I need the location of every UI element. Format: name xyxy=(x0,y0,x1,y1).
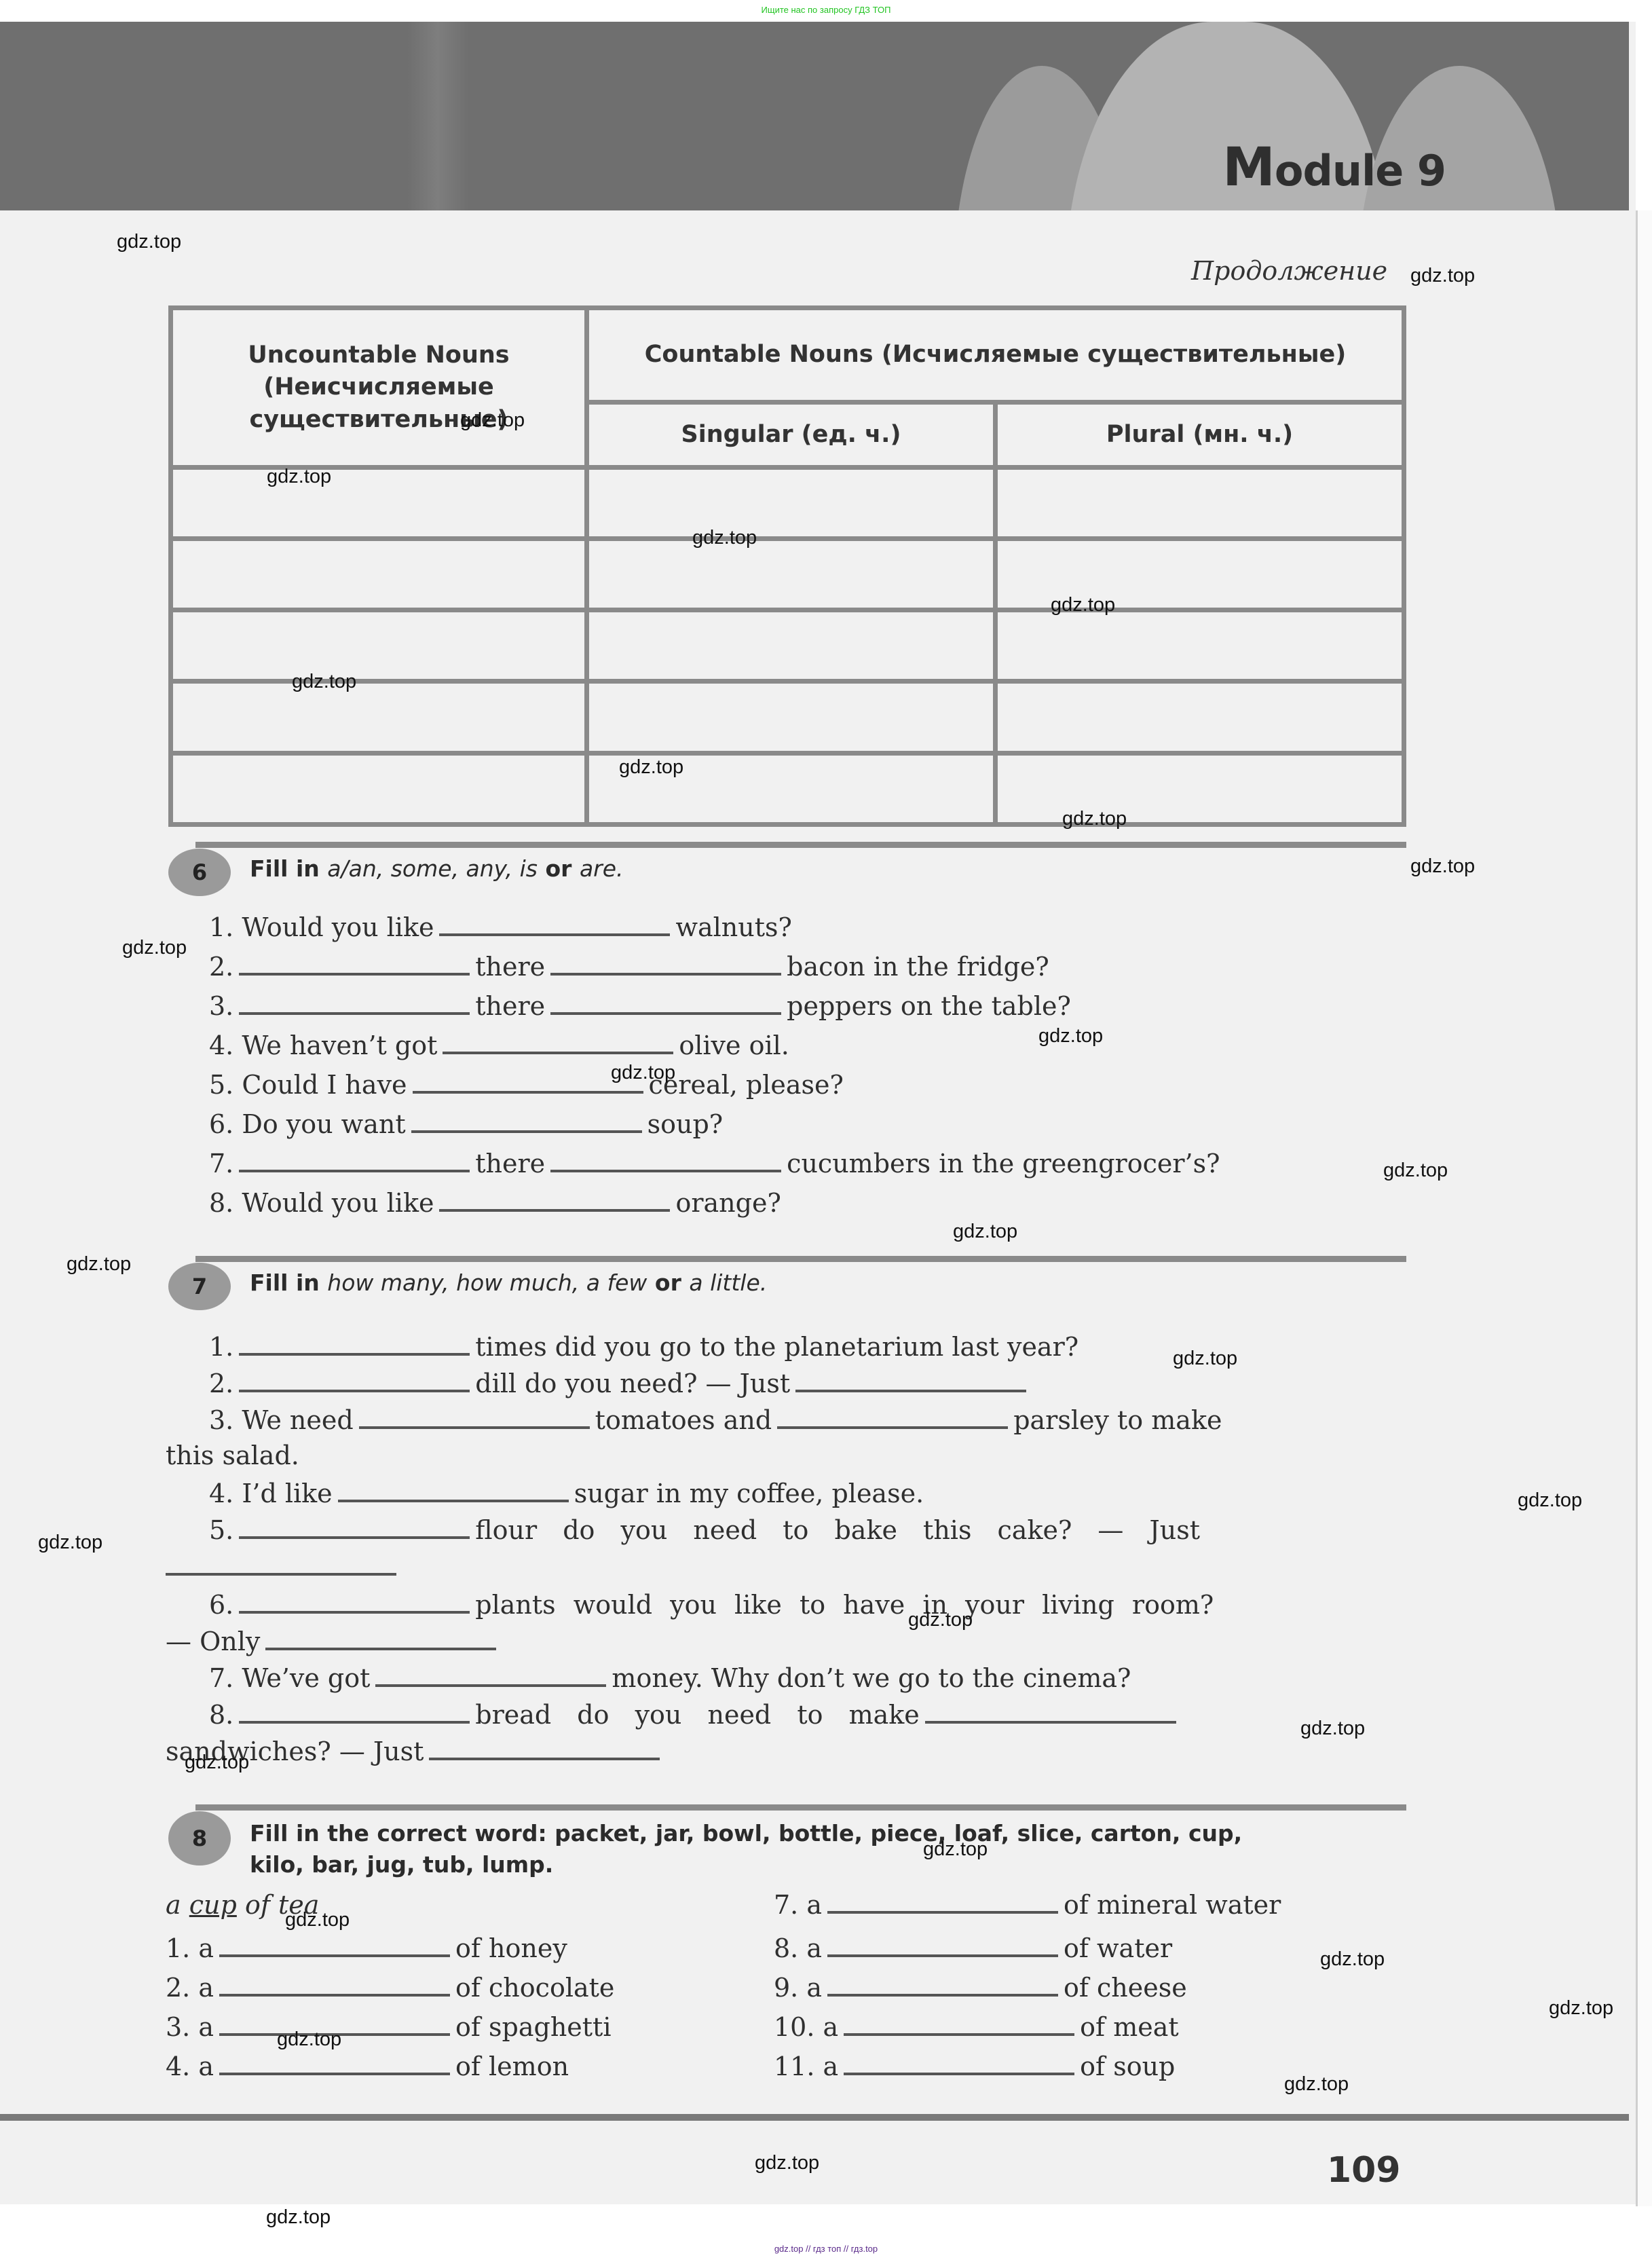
table-cell[interactable] xyxy=(587,682,996,753)
item-number: 4. xyxy=(209,1479,233,1508)
exercise-6-header: 6 Fill in a/an, some, any, is or are. xyxy=(168,842,1406,903)
exercise-8-right-item-10: 10. aof meat xyxy=(774,2012,1179,2042)
table-cell[interactable] xyxy=(171,753,587,824)
item-number: 3. xyxy=(209,1405,233,1435)
watermark: gdz.top xyxy=(1284,2073,1349,2096)
table-cell[interactable] xyxy=(171,467,587,538)
item-text: of chocolate xyxy=(455,1973,614,2003)
table-row xyxy=(171,753,1404,824)
item-text: cucumbers in the greengrocer’s? xyxy=(787,1149,1220,1179)
item-number: 1. xyxy=(209,912,233,942)
answer-blank[interactable] xyxy=(795,1389,1026,1392)
uncountable-header: Uncountable Nouns (Неисчисляемые существ… xyxy=(171,308,587,468)
answer-blank[interactable] xyxy=(429,1757,660,1760)
item-text: Would you like xyxy=(242,1188,434,1218)
page-number: 109 xyxy=(1327,2150,1401,2191)
item-text: soup? xyxy=(647,1109,724,1139)
instruction-line-2: kilo, bar, jug, tub, lump. xyxy=(250,1849,1242,1880)
answer-blank[interactable] xyxy=(239,1012,470,1015)
answer-blank[interactable] xyxy=(239,1536,470,1539)
exercise-6-item-1: 1. Would you likewalnuts? xyxy=(209,912,792,942)
item-number: 7. xyxy=(209,1663,233,1693)
answer-blank[interactable] xyxy=(550,1012,781,1015)
answer-blank[interactable] xyxy=(375,1684,606,1687)
watermark: gdz.top xyxy=(611,1062,675,1084)
exercise-8-right-item-9: 9. aof cheese xyxy=(774,1973,1187,2003)
page-fold-shadow xyxy=(407,22,468,210)
watermark: gdz.top xyxy=(1051,594,1115,616)
item-text: money. Why don’t we go to the cinema? xyxy=(612,1663,1131,1693)
answer-blank[interactable] xyxy=(166,1572,396,1576)
answer-blank[interactable] xyxy=(219,1954,450,1957)
item-number: 6. xyxy=(209,1109,233,1139)
answer-blank[interactable] xyxy=(239,1169,470,1172)
watermark: gdz.top xyxy=(1320,1948,1385,1971)
exercise-7-item-1: 1.times did you go to the planetarium la… xyxy=(209,1332,1078,1362)
exercise-instruction: Fill in the correct word: packet, jar, b… xyxy=(250,1818,1242,1880)
answer-blank[interactable] xyxy=(439,1208,670,1212)
item-text: of honey xyxy=(455,1933,567,1963)
item-text: dill do you need? — Just xyxy=(475,1369,790,1398)
instruction-options: how many, how much, a few xyxy=(327,1269,647,1296)
answer-blank[interactable] xyxy=(827,1993,1058,1997)
exercise-7-item-6: 6.plants would you like to have in your … xyxy=(209,1590,1214,1620)
item-text: Would you like xyxy=(242,912,434,942)
exercise-7-item-5-cont xyxy=(160,1552,402,1582)
item-text: olive oil. xyxy=(679,1031,789,1060)
table-row xyxy=(171,467,1404,538)
exercise-7-item-4: 4. I’d likesugar in my coffee, please. xyxy=(209,1479,924,1508)
item-number: 4. a xyxy=(166,2052,214,2081)
item-text: of water xyxy=(1064,1933,1172,1963)
exercise-8-left-item-4: 4. aof lemon xyxy=(166,2052,569,2081)
item-text: of spaghetti xyxy=(455,2012,611,2042)
item-text: We haven’t got xyxy=(242,1031,437,1060)
exercise-6-item-3: 3.therepeppers on the table? xyxy=(209,991,1071,1021)
item-number: 7. a xyxy=(774,1890,822,1920)
item-text: sugar in my coffee, please. xyxy=(574,1479,924,1508)
watermark: gdz.top xyxy=(266,2206,331,2229)
answer-blank[interactable] xyxy=(777,1426,1008,1429)
exercise-8-right-item-7: 7. aof mineral water xyxy=(774,1890,1281,1920)
item-text: tomatoes and xyxy=(595,1405,772,1435)
table-cell[interactable] xyxy=(171,682,587,753)
answer-blank[interactable] xyxy=(239,972,470,976)
item-number: 2. xyxy=(209,952,233,982)
exercise-number-badge: 8 xyxy=(168,1811,231,1866)
exercise-7-item-6-cont: — Only xyxy=(166,1627,502,1656)
exercise-7-item-2: 2.dill do you need? — Just xyxy=(209,1369,1032,1398)
answer-blank[interactable] xyxy=(239,1610,470,1614)
watermark: gdz.top xyxy=(908,1609,973,1631)
exercise-8-left-item-2: 2. aof chocolate xyxy=(166,1973,614,2003)
table-cell[interactable] xyxy=(171,610,587,682)
item-text: plants would you like to have in your li… xyxy=(475,1590,1214,1620)
item-text: walnuts? xyxy=(675,912,791,942)
watermark: gdz.top xyxy=(953,1221,1017,1243)
instruction-options: a/an, some, any, is xyxy=(327,855,538,882)
item-text: there xyxy=(475,1149,545,1179)
exercise-6-item-5: 5. Could I havecereal, please? xyxy=(209,1070,844,1100)
answer-blank[interactable] xyxy=(219,2072,450,2075)
module-title: Module 9 xyxy=(1222,137,1446,198)
instruction-verb: Fill in xyxy=(250,855,320,882)
exercise-8-left-item-3: 3. aof spaghetti xyxy=(166,2012,611,2042)
watermark: gdz.top xyxy=(619,756,683,779)
table-cell[interactable] xyxy=(996,467,1404,538)
watermark: gdz.top xyxy=(1549,1997,1613,2020)
exercise-number-badge: 6 xyxy=(168,849,231,896)
watermark: gdz.top xyxy=(277,2028,341,2051)
watermark: gdz.top xyxy=(38,1532,102,1554)
item-number: 1. a xyxy=(166,1933,214,1963)
instruction-last-option: are. xyxy=(580,855,624,882)
section-rule xyxy=(195,1804,1406,1811)
item-number: 1. xyxy=(209,1332,233,1362)
item-text: times did you go to the planetarium last… xyxy=(475,1332,1078,1362)
watermark: gdz.top xyxy=(1038,1025,1103,1047)
exercise-6-item-2: 2.therebacon in the fridge? xyxy=(209,952,1049,982)
example-word: cup xyxy=(189,1890,237,1920)
item-text: there xyxy=(475,952,545,982)
answer-blank[interactable] xyxy=(844,2072,1074,2075)
watermark: gdz.top xyxy=(185,1751,249,1774)
item-number: 3. xyxy=(209,991,233,1021)
watermark: gdz.top xyxy=(117,231,181,253)
item-text: flour do you need to bake this cake? — J… xyxy=(475,1515,1200,1545)
watermark: gdz.top xyxy=(1300,1718,1365,1740)
exercise-6-item-7: 7.therecucumbers in the greengrocer’s? xyxy=(209,1149,1220,1179)
item-text: parsley to make xyxy=(1013,1405,1222,1435)
exercise-7-item-7: 7. We’ve gotmoney. Why don’t we go to th… xyxy=(209,1663,1131,1693)
item-text: bacon in the fridge? xyxy=(787,952,1049,982)
table-row xyxy=(171,538,1404,610)
table-cell[interactable] xyxy=(587,467,996,538)
exercise-8-right-item-8: 8. aof water xyxy=(774,1933,1172,1963)
instruction-last-option: a little. xyxy=(689,1269,767,1296)
watermark: gdz.top xyxy=(460,409,525,432)
countable-header: Countable Nouns (Исчисляемые существител… xyxy=(587,308,1404,403)
watermark: gdz.top xyxy=(755,2152,819,2174)
exercise-8-right-item-11: 11. aof soup xyxy=(774,2052,1175,2081)
instruction-or: or xyxy=(546,855,572,882)
noun-classification-table: Uncountable Nouns (Неисчисляемые существ… xyxy=(168,305,1406,827)
item-text: orange? xyxy=(675,1188,781,1218)
item-number: 2. xyxy=(209,1369,233,1398)
answer-blank[interactable] xyxy=(219,1993,450,1997)
watermark: gdz.top xyxy=(267,466,331,488)
exercise-instruction: Fill in a/an, some, any, is or are. xyxy=(250,855,624,882)
top-promo-text: Ищите нас по запросу ГДЗ ТОП xyxy=(762,5,891,15)
item-number: 8. a xyxy=(774,1933,822,1963)
continuation-label: Продолжение xyxy=(1191,256,1387,286)
exercise-number-badge: 7 xyxy=(168,1263,231,1310)
item-text: Do you want xyxy=(242,1109,405,1139)
instruction-line-1: Fill in the correct word: packet, jar, b… xyxy=(250,1818,1242,1849)
exercise-7-item-5: 5.flour do you need to bake this cake? —… xyxy=(209,1515,1200,1545)
exercise-7-item-3-cont: this salad. xyxy=(166,1441,299,1470)
item-number: 5. xyxy=(209,1070,233,1100)
table-cell[interactable] xyxy=(587,538,996,610)
item-text: I’d like xyxy=(242,1479,332,1508)
watermark: gdz.top xyxy=(692,527,757,549)
table-cell[interactable] xyxy=(996,682,1404,753)
answer-blank[interactable] xyxy=(827,1954,1058,1957)
singular-header: Singular (ед. ч.) xyxy=(587,402,996,467)
item-text: of lemon xyxy=(455,2052,569,2081)
item-text: of mineral water xyxy=(1064,1890,1281,1920)
item-text: there xyxy=(475,991,545,1021)
answer-blank[interactable] xyxy=(439,933,670,936)
item-number: 6. xyxy=(209,1590,233,1620)
answer-blank[interactable] xyxy=(411,1130,642,1133)
answer-blank[interactable] xyxy=(265,1647,496,1650)
watermark: gdz.top xyxy=(292,671,356,693)
item-number: 10. a xyxy=(774,2012,838,2042)
watermark: gdz.top xyxy=(1518,1489,1582,1512)
instruction-or: or xyxy=(655,1269,681,1296)
watermark: gdz.top xyxy=(1410,855,1475,878)
exercise-7-item-8: 8.bread do you need to make xyxy=(209,1700,1182,1730)
watermark: gdz.top xyxy=(67,1253,131,1276)
example-article: a xyxy=(166,1890,181,1920)
module-title-rest: odule 9 xyxy=(1275,146,1446,196)
item-number: 5. xyxy=(209,1515,233,1545)
item-text: of cheese xyxy=(1064,1973,1187,2003)
item-number: 3. a xyxy=(166,2012,214,2042)
item-number: 8. xyxy=(209,1700,233,1730)
item-number: 7. xyxy=(209,1149,233,1179)
item-number: 9. a xyxy=(774,1973,822,2003)
item-number: 8. xyxy=(209,1188,233,1218)
exercise-7-item-3: 3. We needtomatoes andparsley to make xyxy=(209,1405,1222,1435)
textbook-page: Module 9 Продолжение Uncountable Nouns (… xyxy=(0,22,1636,2204)
bottom-rule xyxy=(0,2114,1629,2121)
answer-blank[interactable] xyxy=(239,1720,470,1724)
answer-blank[interactable] xyxy=(925,1720,1176,1724)
exercise-7-header: 7 Fill in how many, how much, a few or a… xyxy=(168,1256,1406,1317)
module-banner: Module 9 xyxy=(0,22,1629,210)
exercise-6-item-4: 4. We haven’t gotolive oil. xyxy=(209,1031,789,1060)
answer-blank[interactable] xyxy=(239,1389,470,1392)
exercise-8-left-item-1: 1. aof honey xyxy=(166,1933,567,1963)
item-text: bread do you need to make xyxy=(475,1700,920,1730)
item-text: We’ve got xyxy=(242,1663,370,1693)
item-text: cereal, please? xyxy=(649,1070,844,1100)
item-text: We need xyxy=(242,1405,353,1435)
watermark: gdz.top xyxy=(285,1909,350,1931)
module-title-initial: M xyxy=(1222,137,1275,198)
watermark: gdz.top xyxy=(1383,1159,1448,1182)
exercise-6-item-8: 8. Would you likeorange? xyxy=(209,1188,781,1218)
answer-blank[interactable] xyxy=(844,2033,1074,2036)
instruction-verb: Fill in xyxy=(250,1269,320,1296)
watermark: gdz.top xyxy=(1062,808,1127,830)
table-cell[interactable] xyxy=(587,610,996,682)
item-text: peppers on the table? xyxy=(787,991,1071,1021)
item-text: — Only xyxy=(166,1627,260,1656)
item-number: 2. a xyxy=(166,1973,214,2003)
answer-blank[interactable] xyxy=(550,1169,781,1172)
item-number: 11. a xyxy=(774,2052,838,2081)
item-number: 4. xyxy=(209,1031,233,1060)
answer-blank[interactable] xyxy=(827,1910,1058,1914)
table-cell[interactable] xyxy=(996,610,1404,682)
watermark: gdz.top xyxy=(923,1838,988,1861)
exercise-6-item-6: 6. Do you wantsoup? xyxy=(209,1109,723,1139)
answer-blank[interactable] xyxy=(359,1426,590,1429)
watermark: gdz.top xyxy=(1173,1348,1237,1370)
answer-blank[interactable] xyxy=(413,1090,643,1094)
exercise-8-header: 8 Fill in the correct word: packet, jar,… xyxy=(168,1804,1406,1893)
answer-blank[interactable] xyxy=(338,1499,569,1502)
table-cell[interactable] xyxy=(171,538,587,610)
item-text: of meat xyxy=(1080,2012,1178,2042)
exercise-instruction: Fill in how many, how much, a few or a l… xyxy=(250,1269,767,1296)
footer-text: gdz.top // гдз топ // гдз.top xyxy=(0,2244,1652,2254)
answer-blank[interactable] xyxy=(443,1051,673,1054)
answer-blank[interactable] xyxy=(550,972,781,976)
watermark: gdz.top xyxy=(122,937,187,959)
section-rule xyxy=(195,1256,1406,1262)
item-text: Could I have xyxy=(242,1070,407,1100)
plural-header: Plural (мн. ч.) xyxy=(996,402,1404,467)
table-cell[interactable] xyxy=(996,753,1404,824)
section-rule xyxy=(195,842,1406,848)
watermark: gdz.top xyxy=(1410,265,1475,287)
page-edge xyxy=(1636,210,1652,2206)
top-promo-strip: Ищите нас по запросу ГДЗ ТОП xyxy=(0,0,1652,22)
item-text: of soup xyxy=(1080,2052,1175,2081)
answer-blank[interactable] xyxy=(239,1352,470,1356)
